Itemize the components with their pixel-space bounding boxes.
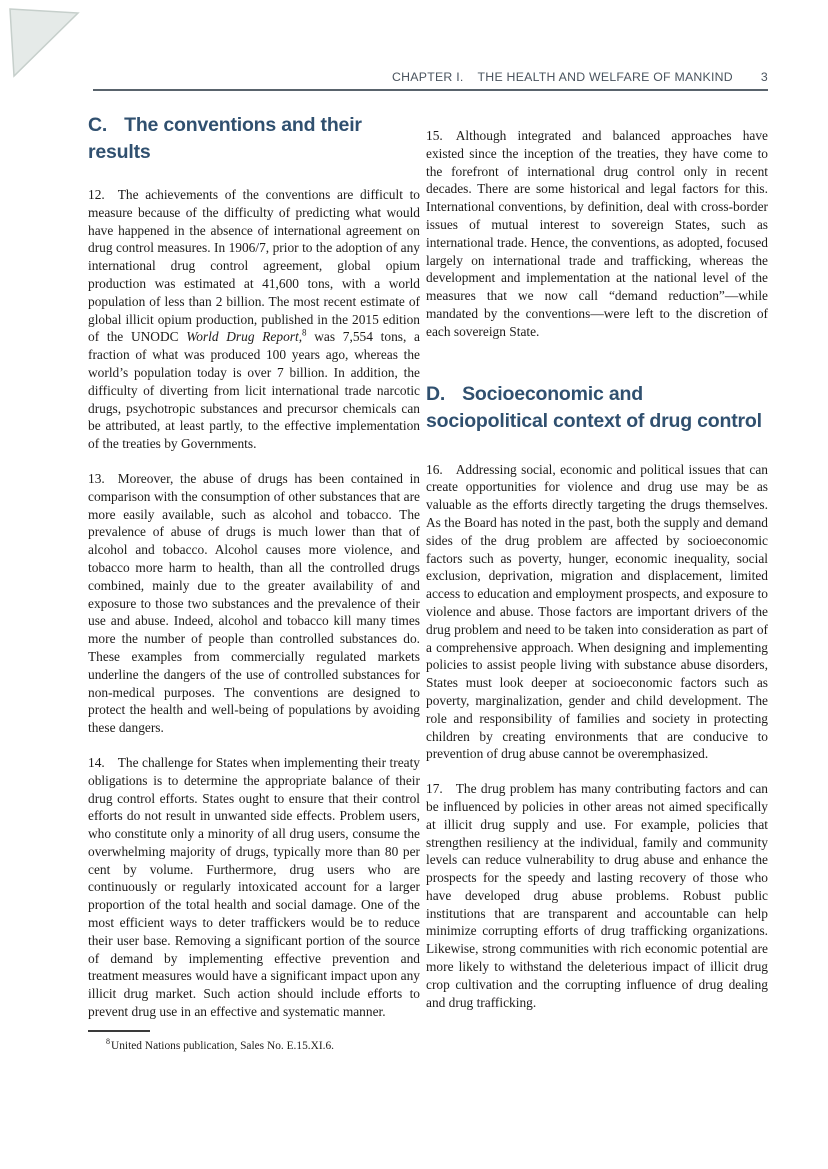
paragraph-15: 15.Although integrated and balanced appr…: [426, 127, 768, 341]
running-header: CHAPTER I. THE HEALTH AND WELFARE OF MAN…: [93, 70, 768, 84]
section-d-letter: D.: [426, 383, 445, 405]
paragraph-17: 17.The drug problem has many contributin…: [426, 780, 768, 1011]
section-d-title-line2: sociopolitical context of drug control: [426, 408, 768, 435]
paragraph-number: 16.: [426, 462, 443, 477]
footnote-text: 8United Nations publication, Sales No. E…: [88, 1039, 420, 1053]
right-column-paragraphs: 16.Addressing social, economic and polit…: [426, 461, 768, 1012]
paragraph-13: 13.Moreover, the abuse of drugs has been…: [88, 470, 420, 737]
page-number: 3: [761, 70, 768, 84]
paragraph-12: 12.The achievements of the conventions a…: [88, 186, 420, 453]
running-header-title: THE HEALTH AND WELFARE OF MANKIND: [478, 70, 733, 84]
header-rule: [93, 89, 768, 91]
paragraph-number: 14.: [88, 755, 105, 770]
paragraph-number: 17.: [426, 781, 443, 796]
right-column: 15.Although integrated and balanced appr…: [426, 127, 768, 1011]
paragraph-14: 14.The challenge for States when impleme…: [88, 754, 420, 1021]
page-corner-fold-artifact: [0, 0, 95, 95]
right-column-paragraphs-top: 15.Although integrated and balanced appr…: [426, 127, 768, 341]
footnote-marker: 8: [106, 1037, 110, 1046]
footnote-body: United Nations publication, Sales No. E.…: [111, 1040, 334, 1052]
left-column: C.The conventions and their results 12.T…: [88, 112, 420, 1021]
paragraph-16: 16.Addressing social, economic and polit…: [426, 461, 768, 764]
section-c-heading: C.The conventions and their results: [88, 112, 420, 166]
chapter-label: CHAPTER I.: [392, 70, 464, 84]
paragraph-number: 12.: [88, 187, 105, 202]
section-d-title: Socioeconomic and: [462, 383, 643, 405]
section-d-heading: D.Socioeconomic andsociopolitical contex…: [426, 381, 768, 435]
document-page: CHAPTER I. THE HEALTH AND WELFARE OF MAN…: [0, 0, 828, 1169]
section-c-title: The conventions and their results: [88, 114, 362, 163]
paragraph-number: 13.: [88, 471, 105, 486]
paragraph-number: 15.: [426, 128, 443, 143]
left-column-paragraphs: 12.The achievements of the conventions a…: [88, 186, 420, 1021]
footnote: 8United Nations publication, Sales No. E…: [88, 1030, 420, 1053]
section-c-letter: C.: [88, 114, 107, 136]
footnote-rule: [88, 1030, 150, 1032]
